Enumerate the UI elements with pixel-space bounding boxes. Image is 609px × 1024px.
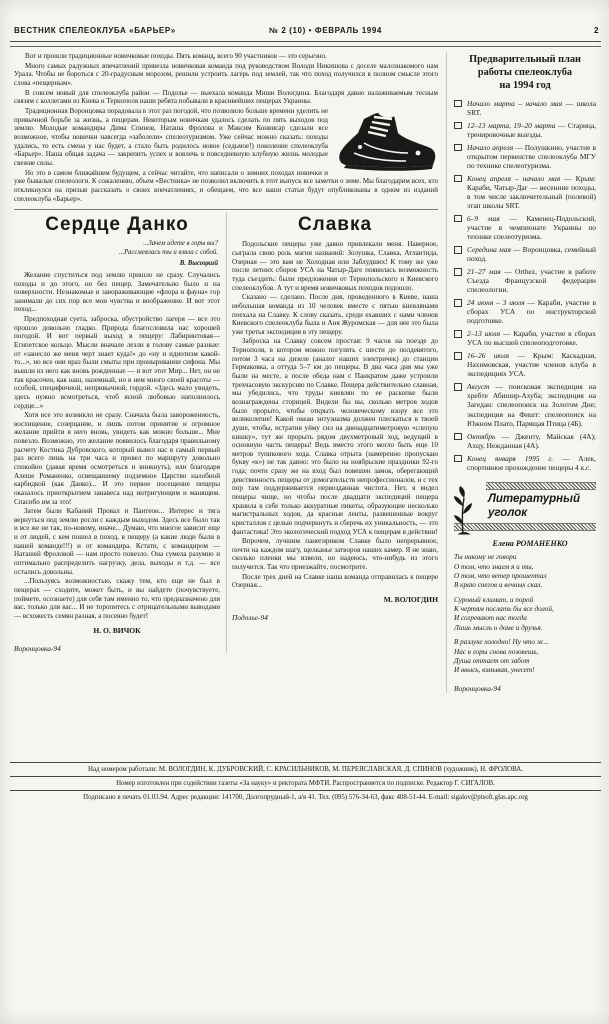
epigraph: ...Зачем идете в горы вы? ...Рассмеялась… (14, 240, 218, 268)
left-region: Вот и прошли традиционные новичковые пох… (14, 52, 438, 693)
article-serdtse-danko: Сердце Данко ...Зачем идете в горы вы? .… (14, 212, 220, 652)
footer-production: Номер изготовлен при содействии газеты «… (10, 776, 601, 790)
plan-item-date: 12–13 марта, 19–20 марта (467, 121, 558, 130)
page-footer: Над номером работали: М. ВОЛОГДИН, К. ДУ… (10, 762, 601, 804)
articles-row: Сердце Данко ...Зачем идете в горы вы? .… (14, 212, 438, 652)
article-place: Воронцовка-94 (14, 644, 220, 653)
flower-sprig-icon (450, 484, 476, 536)
checkbox-icon (454, 144, 462, 152)
plan-title-line: Предварительный план (469, 54, 581, 65)
plan-item: 16–26 июля— Крым: Каскадная, Нахимовская… (454, 351, 596, 378)
article-paragraph: Предпоходная суета, заброска, обустройст… (14, 315, 220, 410)
plan-item-date: Начало марта – начало мая (467, 99, 566, 108)
plan-item-date: Конец января 1995 г. (467, 454, 562, 463)
poem-stanza: В разлуке холодно! Ну что ж... Нас в гор… (454, 638, 596, 675)
article-paragraph: Затем были Кабаний Провал и Пантеон... И… (14, 507, 220, 576)
article-body: Подольские пещеры уже давно привлекали м… (232, 240, 438, 590)
newspaper-page: ВЕСТНИК СПЕЛЕОКЛУБА «БАРЬЕР» № 2 (10) • … (0, 0, 609, 1024)
poem-line: Нас в горы снова позовешь, (454, 648, 596, 657)
main-content: Вот и прошли традиционные новичковые пох… (14, 52, 596, 693)
checkbox-icon (454, 175, 462, 183)
poem-line: Ты никому не говори (454, 553, 596, 562)
poem-line: О том, что ветер прошептал (454, 572, 596, 581)
article-paragraph: Подольские пещеры уже давно привлекали м… (232, 240, 438, 292)
checkbox-icon (454, 268, 462, 276)
article-signature: М. ВОЛОГДИН (232, 595, 438, 604)
right-column: Предварительный план работы спелеоклуба … (446, 52, 596, 693)
hiking-boot-icon (334, 109, 438, 173)
plan-item: Начало марта – начало мая— школа SRT. (454, 99, 596, 117)
header-double-rule (10, 41, 601, 47)
checkbox-icon (454, 352, 462, 360)
checkbox-icon (454, 433, 462, 441)
plan-item: Начало апреля— Полушкино, участие в откр… (454, 143, 596, 170)
footer-contacts: Подписано в печать 01.03.94. Адрес редак… (10, 790, 601, 804)
poem-line: Лишь мысль о доме и друзья. (454, 624, 596, 633)
poem-line: В разлуке холодно! Ну что ж... (454, 638, 596, 647)
intro-paragraph: Вот и прошли традиционные новичковые пох… (14, 52, 438, 61)
plan-item: Середина мая— Воронцовка, семейный поход… (454, 245, 596, 263)
plan-title: Предварительный план работы спелеоклуба … (454, 54, 596, 93)
checkbox-icon (454, 299, 462, 307)
plan-item: 12–13 марта, 19–20 марта— Старица, трени… (454, 121, 596, 139)
poem-stanza: Суровый климат, и порой К чертям послать… (454, 596, 596, 633)
plan-title-line: на 1994 год (499, 80, 550, 91)
article-paragraph: Сказано — сделано. После дня, проведенно… (232, 293, 438, 336)
checkbox-icon (454, 122, 462, 130)
poem-line: К чертям послать бы все долой, (454, 605, 596, 614)
epigraph-line: ...Рассмеялась ты и взяла с собой. (119, 249, 218, 256)
plan-item: Конец января 1995 г.— Алек, спортивное п… (454, 454, 596, 472)
plan-item-date: 21–27 мая (467, 267, 504, 276)
article-paragraph: Хотя все это возникло не сразу. Сначала … (14, 411, 220, 506)
footer-credits: Над номером работали: М. ВОЛОГДИН, К. ДУ… (10, 763, 601, 776)
plan-item: Октябрь— Дженту, Майская (4А); Ахцу, Неж… (454, 432, 596, 450)
article-signature: Н. О. ВИЧОК (14, 626, 220, 635)
intro-paragraph: В совсем новый для спелеоклуба район — П… (14, 89, 438, 106)
plan-item-date: 16–26 июля (467, 351, 517, 360)
plan-item: 21–27 мая— Orthez, участие в работе Съез… (454, 267, 596, 294)
article-paragraph: ...Пользуясь возможностью, скажу тем, кт… (14, 577, 220, 620)
literary-corner: Литературный уголок Елена РОМАНЕНКО Ты н… (454, 482, 596, 693)
section-divider-rule (14, 209, 438, 210)
poem-line: О том, что знаем я и ты, (454, 563, 596, 572)
checkbox-icon (454, 215, 462, 223)
poem-line: Душа оттает от забот (454, 657, 596, 666)
plan-item-date: 6–9 мая (467, 214, 509, 223)
intro-paragraph: Много самых радужных впечатлений привезл… (14, 62, 438, 88)
literary-corner-heading: Литературный уголок (488, 493, 596, 521)
plan-title-line: работы спелеоклуба (478, 67, 572, 78)
poem: Ты никому не говори О том, что знаем я и… (454, 553, 596, 675)
plan-item-date: Середина мая (467, 245, 513, 254)
literary-heading-line: Литературный (488, 493, 580, 505)
checkbox-icon (454, 100, 462, 108)
article-title: Славка (232, 214, 438, 236)
literary-heading-line: уголок (488, 507, 527, 519)
article-paragraph: Впрочем, лучшим панегириком Славке было … (232, 537, 438, 572)
article-place: Подолье-94 (232, 613, 438, 622)
poem-line: Суровый климат, и порой (454, 596, 596, 605)
poem-line: В краю снегов и вечных скал. (454, 581, 596, 590)
epigraph-line: ...Зачем идете в горы вы? (143, 240, 218, 247)
article-paragraph: Желание спуститься под землю пришло не с… (14, 271, 220, 314)
plan-item-date: Август (467, 382, 496, 391)
epigraph-author: В. Высоцкий (14, 260, 218, 269)
plan-item-date: 24 июня – 3 июля (467, 298, 527, 307)
plan-item-date: Начало апреля (467, 143, 515, 152)
plan-item-date: 2–13 июля (467, 329, 503, 338)
page-number: 2 (594, 26, 599, 35)
checkbox-icon (454, 246, 462, 254)
article-paragraph: Заброска на Славку совсем простая: 9 час… (232, 337, 438, 536)
article-slavka: Славка Подольские пещеры уже давно привл… (226, 212, 438, 652)
plan-item-date: Конец апреля – начало мая (467, 174, 564, 183)
article-paragraph: После трех дней на Славке наша команда о… (232, 573, 438, 590)
poem-author: Елена РОМАНЕНКО (464, 539, 596, 548)
poem-stanza: Ты никому не говори О том, что знаем я и… (454, 553, 596, 590)
journal-title: ВЕСТНИК СПЕЛЕОКЛУБА «БАРЬЕР» (14, 26, 269, 35)
article-title: Сердце Данко (14, 214, 220, 236)
intro-section: Вот и прошли традиционные новичковые пох… (14, 52, 438, 203)
plan-list: Начало марта – начало мая— школа SRT. 12… (454, 99, 596, 472)
plan-item-date: Октябрь (467, 432, 502, 441)
plan-item: 24 июня – 3 июля— Караби, участие в сбор… (454, 298, 596, 325)
page-header: ВЕСТНИК СПЕЛЕОКЛУБА «БАРЬЕР» № 2 (10) • … (14, 26, 599, 35)
decorative-hatched-bar (486, 482, 596, 490)
poem-line: И ввысь, взмывая, унесет! (454, 666, 596, 675)
checkbox-icon (454, 455, 462, 463)
article-body: Желание спуститься под землю пришло не с… (14, 271, 220, 621)
plan-item: 6–9 мая— Каменец-Подольский, участие в ч… (454, 214, 596, 241)
intro-paragraph: Но это в самом ближайшем будущем, а сейч… (14, 169, 438, 204)
poem-line: И согревают нас тогда (454, 614, 596, 623)
checkbox-icon (454, 383, 462, 391)
plan-item: Август— поисковая экспедиция на хребте А… (454, 382, 596, 427)
issue-date: № 2 (10) • ФЕВРАЛЬ 1994 (269, 26, 594, 35)
plan-item: 2–13 июля— Караби, участие в сборах УСА … (454, 329, 596, 347)
plan-item: Конец апреля – начало мая— Крым: Караби,… (454, 174, 596, 210)
poem-place: Воронцовка-94 (454, 684, 596, 693)
checkbox-icon (454, 330, 462, 338)
